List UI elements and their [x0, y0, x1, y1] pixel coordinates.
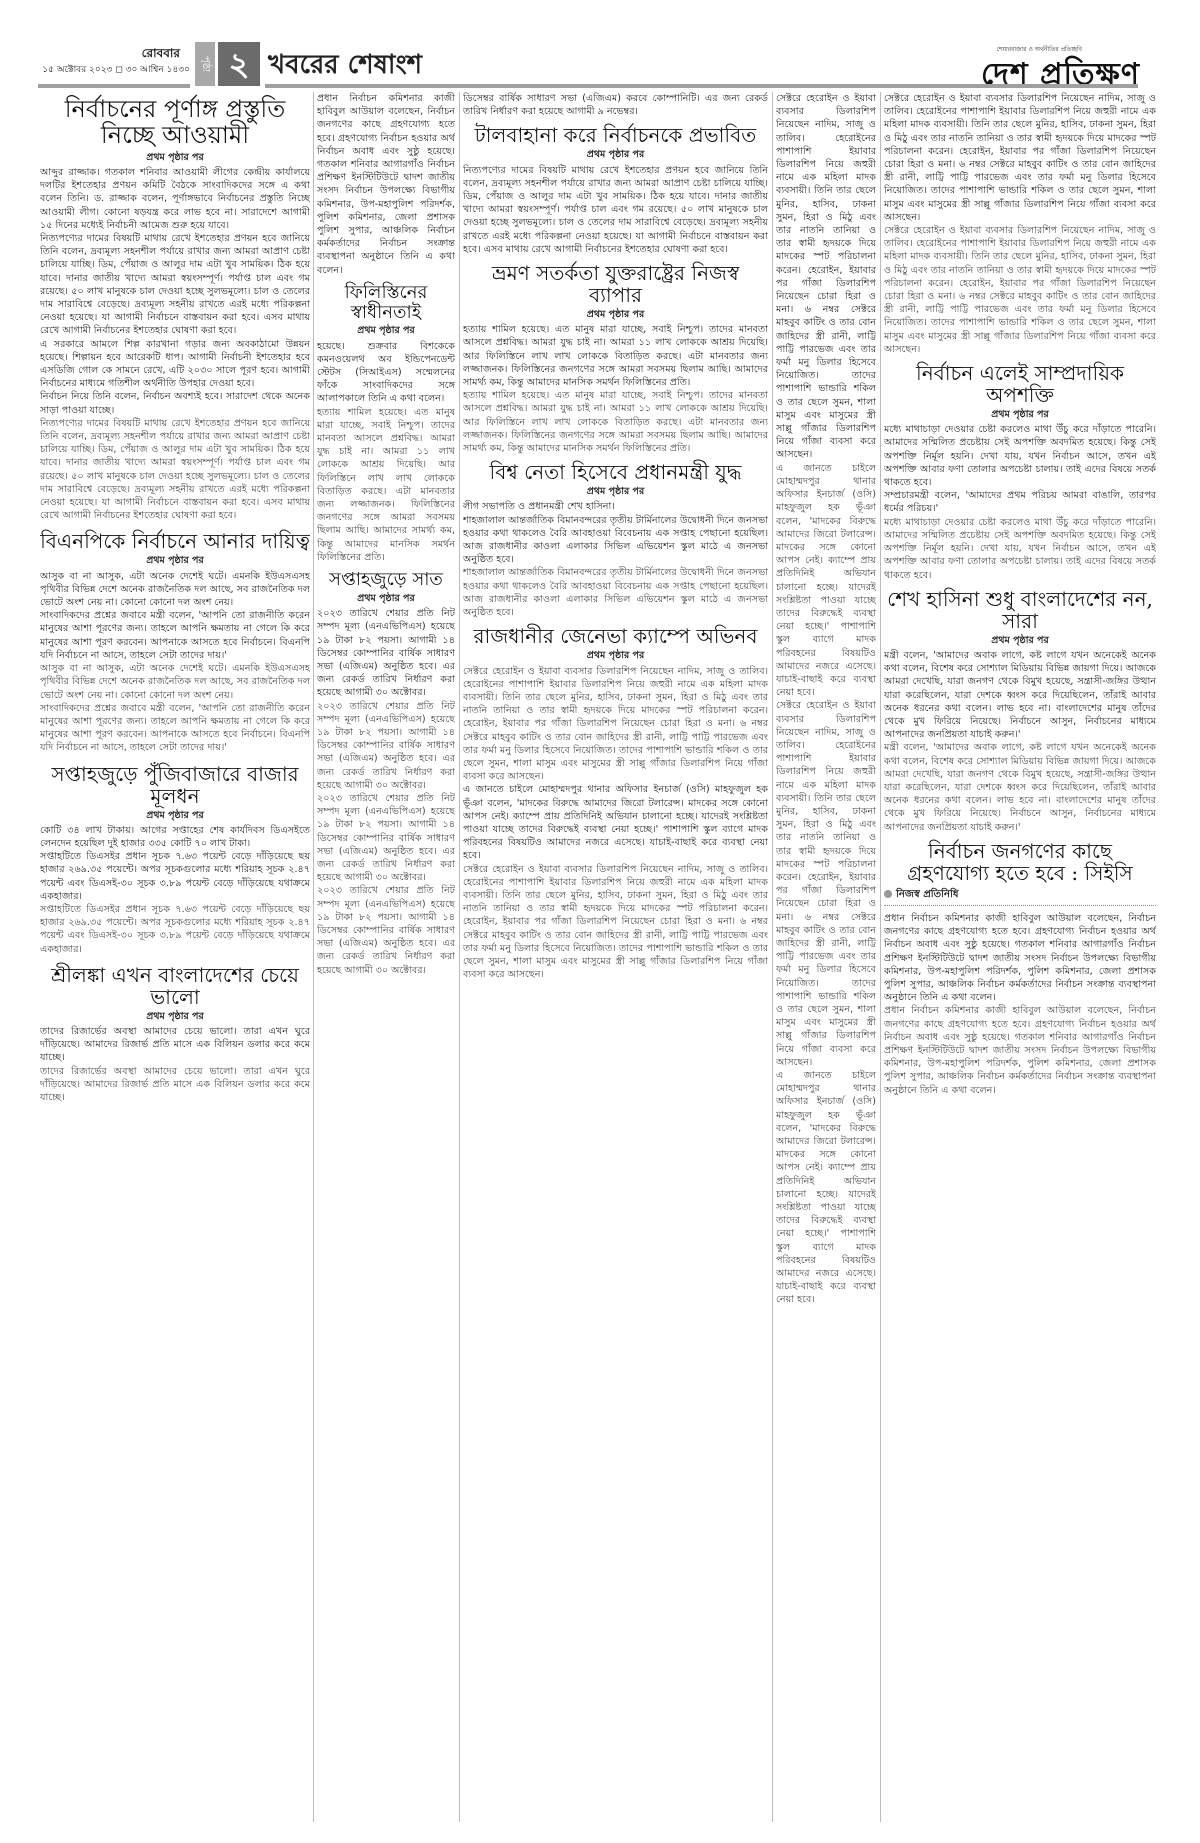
article-headline: শ্রীলঙ্কা এখন বাংলাদেশের চেয়ে ভালো	[40, 964, 310, 1008]
masthead: রোববার ১৫ অক্টোবর ২০২৩ ◻ ৩০ আশ্বিন ১৪৩০ …	[0, 0, 1200, 88]
article-kicker: প্রথম পৃষ্ঠার পর	[463, 485, 768, 498]
article-paragraph: সপ্তাহটিতে ডিএসইর প্রধান সূচক ৭.৬৩ পয়েন…	[40, 903, 310, 956]
article-paragraph: সেক্টরে হেরোইন ও ইয়াবা ব্যবসার ডিলারশিপ…	[884, 224, 1156, 356]
article-headline: রাজধানীর জেনেভা ক্যাম্পে অভিনব	[463, 625, 768, 647]
article-paragraph: শাহজালাল আন্তর্জাতিক বিমানবন্দরের তৃতীয়…	[463, 514, 768, 567]
dotted-divider	[884, 905, 1156, 906]
section-title: খবরের শেষাংশ	[268, 44, 422, 88]
article-headline: নির্বাচন জনগণের কাছে গ্রহণযোগ্য হতে হবে …	[884, 840, 1156, 884]
article-paragraph: মধ্যে মাথাচাড়া দেওয়ার চেষ্টা করলেও মাথ…	[884, 423, 1156, 489]
article-headline: ফিলিস্তিনের স্বাধীনতাই	[317, 283, 455, 323]
article-headline: টালবাহানা করে নির্বাচনকে প্রভাবিত	[463, 124, 768, 146]
article-paragraph: কোটি ৩৪ লাখ টাকায়। আগের সপ্তাহের শেষ কা…	[40, 824, 310, 850]
column-1: নির্বাচনের পূর্ণাঙ্গ প্রস্তুতি নিচ্ছে আও…	[40, 92, 310, 1822]
article-paragraph: মন্ত্রী বলেন, 'আমাদের অবাক লাগে, কষ্ট লা…	[884, 741, 1156, 833]
article-influence-election: টালবাহানা করে নির্বাচনকে প্রভাবিত প্রথম …	[463, 124, 768, 256]
article-paragraph: সেক্টরে হেরোইন ও ইয়াবা ব্যবসার ডিলারশিপ…	[776, 92, 876, 462]
article-paragraph: সপ্তাহটিতে ডিএসইর প্রধান সূচক ৭.৬৩ পয়েন…	[40, 850, 310, 903]
article-headline: নির্বাচন এলেই সাম্প্রদায়িক অপশক্তি	[884, 362, 1156, 406]
article-headline: সপ্তাহজুড়ে সাত	[317, 570, 455, 590]
column-divider	[880, 92, 881, 1822]
page-number: ২	[218, 42, 260, 86]
article-bnp-election: বিএনপিকে নির্বাচনে আনার দায়িত্ব প্রথম প…	[40, 530, 310, 754]
article-capital-market: সপ্তাহজুড়ে পুঁজিবাজারে বাজার মূলধন প্রথ…	[40, 763, 310, 956]
article-kicker: প্রথম পৃষ্ঠার পর	[463, 148, 768, 161]
byline-text: নিজস্ব প্রতিনিধি	[896, 889, 958, 900]
article-paragraph: প্রধান নির্বাচন কমিশনার কাজী হাবিবুল আউয…	[884, 912, 1156, 1004]
article-paragraph: এ জানতে চাইলে মোহাম্মদপুর থানার অফিসার ই…	[776, 1069, 876, 1307]
article-kicker: প্রথম পৃষ্ঠার পর	[40, 151, 310, 164]
article-kicker: প্রথম পৃষ্ঠার পর	[884, 634, 1156, 647]
article-paragraph: নির্বাচন নিয়ে তিনি বলেন, নির্বাচন অবশ্য…	[40, 390, 310, 416]
article-paragraph: শাহজালাল আন্তর্জাতিক বিমানবন্দরের তৃতীয়…	[463, 566, 768, 619]
article-paragraph: আসুক বা না আসুক, এটা অনেক দেশেই ঘটে। এমন…	[40, 570, 310, 610]
article-kicker: প্রথম পৃষ্ঠার পর	[40, 554, 310, 567]
article-paragraph: সাংবাদিকদের প্রশ্নের জবাবে মন্ত্রী বলেন,…	[40, 609, 310, 662]
header-rule-left	[38, 84, 190, 88]
article-paragraph: তাদের রিজার্ভের অবস্থা আমাদের চেয়ে ভালো…	[40, 1065, 310, 1105]
article-paragraph: ২০২৩ তারিখে শেয়ার প্রতি নিট সম্পদ মূল্য…	[317, 607, 455, 699]
article-paragraph: সেক্টরে হেরোইন ও ইয়াবা ব্যবসার ডিলারশিপ…	[463, 863, 768, 982]
article-paragraph: এ জানতে চাইলে মোহাম্মদপুর থানার অফিসার ই…	[776, 462, 876, 700]
article-paragraph: এ সরকারে আমলে শিল্প কারখানা গড়ার জন্য অ…	[40, 338, 310, 391]
article-geneva-camp: রাজধানীর জেনেভা ক্যাম্পে অভিনব প্রথম পৃষ…	[463, 625, 768, 981]
column-divider	[313, 92, 314, 1822]
column-3: ডিসেম্বর বার্ষিক সাধারণ সভা (এজিএম) করবে…	[463, 92, 768, 1822]
article-paragraph: সেক্টরে হেরোইন ও ইয়াবা ব্যবসার ডিলারশিপ…	[776, 699, 876, 1069]
article-kicker: প্রথম পৃষ্ঠার পর	[40, 809, 310, 822]
article-paragraph: মন্ত্রী বলেন, 'আমাদের অবাক লাগে, কষ্ট লা…	[884, 649, 1156, 741]
article-paragraph: মধ্যে মাথাচাড়া দেওয়ার চেষ্টা করলেও মাথ…	[884, 516, 1156, 582]
article-kicker: প্রথম পৃষ্ঠার পর	[884, 408, 1156, 421]
article-paragraph: হত্যায় শামিল হয়েছে। এত মানুষ মারা যাচ্…	[317, 406, 455, 564]
article-paragraph: সাংবাদিকদের প্রশ্নের জবাবে মন্ত্রী বলেন,…	[40, 702, 310, 755]
article-travel-alert: ভ্রমণ সতর্কতা যুক্তরাষ্ট্রের নিজস্ব ব্যা…	[463, 262, 768, 455]
header-rule-right	[265, 84, 1138, 88]
article-palestine: ফিলিস্তিনের স্বাধীনতাই প্রথম পৃষ্ঠার পর …	[317, 283, 455, 564]
article-paragraph: আসুক বা না আসুক, এটা অনেক দেশেই ঘটে। এমন…	[40, 662, 310, 702]
page-label: পৃষ্ঠা	[195, 42, 215, 86]
article-paragraph: প্রধান নির্বাচন কমিশনার কাজী হাবিবুল আউয…	[884, 1004, 1156, 1096]
column-divider	[772, 92, 773, 1822]
article-paragraph: ডিসেম্বর বার্ষিক সাধারণ সভা (এজিএম) করবে…	[463, 92, 768, 118]
article-headline: বিএনপিকে নির্বাচনে আনার দায়িত্ব	[40, 530, 310, 552]
article-headline: সপ্তাহজুড়ে পুঁজিবাজারে বাজার মূলধন	[40, 763, 310, 807]
article-paragraph: এ জানতে চাইলে মোহাম্মদপুর থানার অফিসার ই…	[463, 783, 768, 862]
column-4: সেক্টরে হেরোইন ও ইয়াবা ব্যবসার ডিলারশিপ…	[776, 92, 876, 1822]
article-paragraph: নিত্যপণ্যের দামের বিষয়টি মাথায় রেখে ইশ…	[463, 164, 768, 256]
article-paragraph: সেক্টরে হেরোইন ও ইয়াবা ব্যবসার ডিলারশিপ…	[884, 92, 1156, 224]
article-paragraph: হত্যায় শামিল হয়েছে। এত মানুষ মারা যাচ্…	[463, 323, 768, 389]
column-5: সেক্টরে হেরোইন ও ইয়াবা ব্যবসার ডিলারশিপ…	[884, 92, 1156, 1822]
article-awami-preparation: নির্বাচনের পূর্ণাঙ্গ প্রস্তুতি নিচ্ছে আও…	[40, 96, 310, 522]
article-kicker: প্রথম পৃষ্ঠার পর	[40, 1010, 310, 1023]
article-paragraph: ২০২৩ তারিখে শেয়ার প্রতি নিট সম্পদ মূল্য…	[317, 792, 455, 884]
column-divider	[459, 92, 460, 1822]
byline: নিজস্ব প্রতিনিধি	[884, 888, 1156, 901]
article-kicker: প্রথম পৃষ্ঠার পর	[317, 592, 455, 605]
article-paragraph: সেক্টরে হেরোইন ও ইয়াবা ব্যবসার ডিলারশিপ…	[463, 665, 768, 784]
article-headline: ভ্রমণ সতর্কতা যুক্তরাষ্ট্রের নিজস্ব ব্যা…	[463, 262, 768, 306]
article-sheikh-hasina: শেখ হাসিনা শুধু বাংলাদেশের নন, সারা প্রথ…	[884, 588, 1156, 834]
article-paragraph: ২০২৩ তারিখে শেয়ার প্রতি নিট সম্পদ মূল্য…	[317, 700, 455, 792]
article-kicker: প্রথম পৃষ্ঠার পর	[317, 324, 455, 337]
article-world-leader: বিশ্ব নেতা হিসেবে প্রধানমন্ত্রী যুদ্ধ প্…	[463, 461, 768, 619]
article-cec: নির্বাচন জনগণের কাছে গ্রহণযোগ্য হতে হবে …	[884, 840, 1156, 1097]
article-headline: শেখ হাসিনা শুধু বাংলাদেশের নন, সারা	[884, 588, 1156, 632]
article-kicker: প্রথম পৃষ্ঠার পর	[463, 308, 768, 321]
article-paragraph: নিত্যপণ্যের দামের বিষয়টি মাথায় রেখে ইশ…	[40, 232, 310, 338]
date-line: ১৫ অক্টোবর ২০২৩ ◻ ৩০ আশ্বিন ১৪৩০	[42, 62, 190, 77]
article-paragraph: হত্যায় শামিল হয়েছে। এত মানুষ মারা যাচ্…	[463, 389, 768, 455]
bullet-icon	[884, 890, 892, 898]
article-headline: বিশ্ব নেতা হিসেবে প্রধানমন্ত্রী যুদ্ধ	[463, 461, 768, 483]
article-paragraph: লীগ সভাপতি ও প্রধানমন্ত্রী শেখ হাসিনা।	[463, 500, 768, 513]
column-2: প্রধান নির্বাচন কমিশনার কাজী হাবিবুল আউয…	[317, 92, 455, 1822]
article-paragraph: আব্দুর রাজ্জাক। গতকাল শনিবার আওয়ামী লীগ…	[40, 166, 310, 232]
article-headline: নির্বাচনের পূর্ণাঙ্গ প্রস্তুতি নিচ্ছে আও…	[40, 96, 310, 149]
article-paragraph: তাদের রিজার্ভের অবস্থা আমাদের চেয়ে ভালো…	[40, 1025, 310, 1065]
article-kicker: প্রথম পৃষ্ঠার পর	[463, 649, 768, 662]
article-paragraph: হয়েছে। শুক্রবার বিশকেকে কমনওয়েলথ অব ইন…	[317, 340, 455, 406]
article-paragraph: ২০২৩ তারিখে শেয়ার প্রতি নিট সম্পদ মূল্য…	[317, 884, 455, 976]
article-paragraph: সম্প্রচারমন্ত্রী বলেন, 'আমাদের প্রথম পরি…	[884, 489, 1156, 515]
article-paragraph: প্রধান নির্বাচন কমিশনার কাজী হাবিবুল আউয…	[317, 92, 455, 277]
article-paragraph: নিত্যপণ্যের দামের বিষয়টি মাথায় রেখে ইশ…	[40, 417, 310, 523]
article-communal-forces: নির্বাচন এলেই সাম্প্রদায়িক অপশক্তি প্রথ…	[884, 362, 1156, 582]
article-srilanka: শ্রীলঙ্কা এখন বাংলাদেশের চেয়ে ভালো প্রথ…	[40, 964, 310, 1104]
article-week-seven: সপ্তাহজুড়ে সাত প্রথম পৃষ্ঠার পর ২০২৩ তা…	[317, 570, 455, 977]
